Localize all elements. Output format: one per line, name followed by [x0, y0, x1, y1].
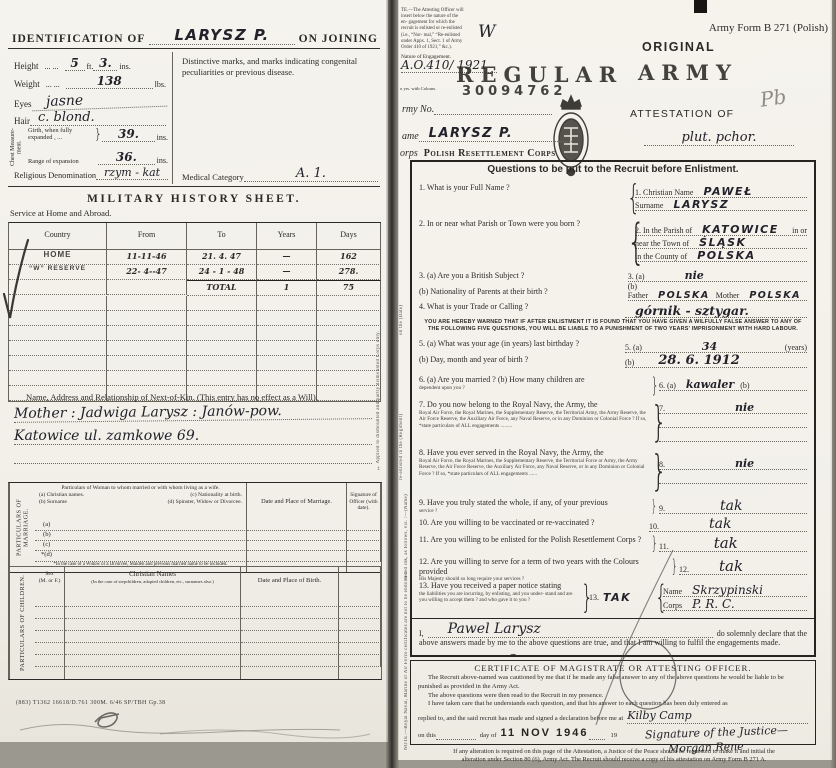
- dots: ... ...: [46, 80, 60, 89]
- children-col-sex: Sex: [45, 571, 53, 577]
- col-years: Years: [257, 223, 317, 250]
- religion-row: Religious Denomination rzym - kat: [14, 166, 168, 180]
- religion-label: Religious Denomination: [14, 171, 96, 180]
- marriage-head-a: (a) Christian names.: [39, 492, 84, 499]
- cell-empty: [35, 655, 65, 667]
- identification-title-suffix: ON JOINING: [299, 33, 378, 45]
- cell-empty: [187, 296, 257, 311]
- girth-row: Girth, when fully expanded , ... 39. ins…: [28, 126, 168, 142]
- declaration-text1: do solemnly declare that the: [717, 629, 807, 638]
- attesting-officer-note: TE.—The Attesting Officer will insert be…: [401, 8, 465, 51]
- lbs-unit: lbs.: [155, 80, 166, 89]
- particulars-of-children-table: PARTICULARS OF CHILDREN. Sex (M. or F.) …: [8, 566, 382, 680]
- cell-empty: [257, 371, 317, 386]
- q3b-text: (b) Nationality of Parents at their birt…: [419, 287, 618, 297]
- margin-note-date: on the (Date): [399, 215, 404, 335]
- marriage-row-d: *(d): [35, 551, 247, 562]
- cell-empty: [317, 341, 381, 356]
- q13-corps-value: P. R. C.: [692, 597, 735, 611]
- marriage-row-b: (b): [35, 531, 247, 541]
- q5a-label: 5. (a): [625, 343, 642, 352]
- ft-unit: ft.: [87, 62, 94, 71]
- question-4: 4. What is your Trade or Calling ? górni…: [419, 302, 807, 319]
- name-value-handwritten: LARYSZ P.: [419, 126, 572, 142]
- cell-empty: [35, 607, 65, 619]
- divider: [172, 52, 173, 184]
- weight-row: Weight ... ... 138 lbs.: [14, 74, 166, 89]
- q8-text: 8. Have you ever served in the Royal Nav…: [419, 448, 649, 458]
- year-prefix: 19: [611, 732, 618, 741]
- cell-empty: [35, 619, 65, 631]
- cell-empty: [347, 551, 381, 562]
- questions-title: Questions to be put to the Recruit befor…: [419, 164, 807, 180]
- ins-unit: ins.: [119, 62, 130, 71]
- col-from: From: [107, 223, 187, 250]
- q10-text: 10. Are you willing to be vaccinated or …: [419, 516, 649, 532]
- q8-text-small: Royal Air Force, the Royal Marines, the …: [419, 458, 649, 478]
- next-of-kin-line1: Mother : Jadwiga Larysz : Janów-pow.: [14, 402, 372, 423]
- cell-empty: [247, 541, 347, 551]
- eyes-row: Eyes jasne: [14, 92, 166, 109]
- cell-empty: [257, 311, 317, 326]
- marriage-head: Particulars of Woman to whom married or …: [61, 485, 219, 491]
- q8-value: nie: [735, 457, 754, 470]
- q2-town-value: ŚLĄSK: [699, 236, 746, 249]
- q10-label: 10.: [649, 522, 659, 531]
- medical-category-row: Medical Category A. 1.: [182, 166, 378, 182]
- question-5: 5. (a) What was your age (in years) last…: [419, 336, 807, 372]
- marriage-head-d: (d) Spinster, Widow or Divorcee.: [168, 499, 242, 506]
- q5b-label: (b): [625, 358, 634, 367]
- cell-empty: [247, 551, 347, 562]
- expansion-label: Range of expansion: [28, 158, 98, 165]
- q3b-father-label: (b) Father: [628, 282, 648, 300]
- cell-empty: [339, 595, 381, 607]
- cell-empty: [107, 341, 187, 356]
- book-spine-shadow: [386, 0, 399, 768]
- q9-label: 9.: [659, 504, 665, 513]
- cell-to: 21. 4. 47: [187, 250, 257, 265]
- height-label: Height: [14, 61, 39, 71]
- medical-category-value: A. 1.: [244, 166, 378, 182]
- q9-value: tak: [720, 498, 742, 514]
- question-3: 3. (a) Are you a British Subject ? (b) N…: [419, 268, 807, 302]
- service-subtitle: Service at Home and Abroad.: [10, 208, 111, 218]
- on-this-label: on this: [418, 732, 436, 741]
- cell-to: 24 - 1 - 48: [187, 265, 257, 280]
- cell-empty: [9, 341, 107, 356]
- cell-empty: [339, 655, 381, 667]
- brace: [94, 126, 102, 142]
- cell-empty: [35, 643, 65, 655]
- q7-text: 7. Do you now belong to the Royal Navy, …: [419, 400, 649, 410]
- cell-days: 278.: [317, 265, 381, 280]
- cell-empty: [187, 311, 257, 326]
- q2-text: 2. In or near what Parish or Town were y…: [419, 216, 625, 268]
- cell-empty: [257, 341, 317, 356]
- children-col-birth: Date and Place of Birth.: [241, 567, 339, 595]
- q4-value: górnik - sztygar.: [635, 303, 749, 318]
- height-row: Height ... ... 5 ft. 3. ins.: [14, 56, 166, 71]
- recruit-signature-handwritten: Larysz—: [509, 648, 584, 657]
- right-page: TE.—The Attesting Officer will insert be…: [398, 0, 832, 760]
- cell-empty: [241, 607, 339, 619]
- children-side-label: PARTICULARS OF CHILDREN.: [9, 567, 35, 679]
- q6-label: 6. (a): [659, 381, 676, 390]
- q11-value: tak: [714, 534, 738, 552]
- q5b-text: (b) Day, month and year of birth ?: [419, 355, 625, 365]
- cell-empty: [257, 356, 317, 371]
- height-feet-value: 5: [65, 56, 85, 71]
- warning-text: YOU ARE HEREBY WARNED THAT IF AFTER ENLI…: [419, 319, 807, 336]
- cell-empty: [107, 371, 187, 386]
- name-label: ame: [402, 131, 419, 142]
- attestation-of-label: ATTESTATION OF: [630, 108, 734, 120]
- cell-empty: [247, 521, 347, 531]
- rule: [8, 186, 380, 187]
- brace: }: [651, 397, 657, 446]
- cell-empty: [107, 356, 187, 371]
- cell-empty: [257, 296, 317, 311]
- cell-empty: [317, 371, 381, 386]
- blank-line: [14, 462, 372, 464]
- weight-value: 138: [66, 74, 153, 89]
- army-stamp: ARMY: [638, 60, 738, 85]
- alteration-note-line2: alteration under Section 80 (6), Army Ac…: [462, 756, 767, 763]
- declaration-i: I,: [419, 629, 424, 638]
- cell-empty: [107, 326, 187, 341]
- girth-value: 39.: [102, 127, 154, 142]
- distinctive-marks-label: Distinctive marks, and marks indicating …: [182, 56, 378, 77]
- q5b-value: 28. 6. 1912: [658, 353, 739, 368]
- hair-value: c. blond.: [30, 110, 166, 126]
- cell-total-days: 75: [317, 280, 381, 296]
- colours-note: o yrs. with Colours.: [400, 86, 436, 91]
- brace: }: [651, 373, 657, 397]
- q13-name-value: Skrzypinski: [692, 583, 763, 597]
- rule: [8, 48, 380, 49]
- q2-county-value: POLSKA: [697, 249, 755, 262]
- cell-empty: [35, 595, 65, 607]
- eyes-label: Eyes: [14, 99, 32, 109]
- weight-label: Weight: [14, 79, 40, 89]
- cell-empty: [339, 631, 381, 643]
- cell-total-label: TOTAL: [187, 280, 257, 296]
- marriage-side-label: PARTICULARS OF MARRIAGE.: [9, 483, 35, 572]
- question-8: 8. Have you ever served in the Royal Nav…: [419, 445, 807, 495]
- cell-empty: [339, 619, 381, 631]
- cell-empty: [317, 326, 381, 341]
- q1-text: 1. What is your Full Name ?: [419, 180, 625, 216]
- q9-text: 9. Have you truly stated the whole, if a…: [419, 498, 649, 508]
- cell-from: 11-11-46: [107, 250, 187, 265]
- cell-empty: [347, 531, 381, 541]
- cell-empty: [347, 521, 381, 531]
- brace: }: [651, 496, 657, 515]
- q4-text: 4. What is your Trade or Calling ?: [419, 302, 625, 319]
- cell-empty: [107, 280, 187, 295]
- q7-text-small: Royal Air Force, the Royal Marines, the …: [419, 410, 649, 430]
- cell-empty: [9, 356, 107, 371]
- pen-flourish: [578, 540, 698, 730]
- cell-empty: [241, 631, 339, 643]
- q7-value: nie: [735, 401, 754, 414]
- army-no-label: rmy No.: [402, 104, 434, 115]
- cell-empty: [317, 311, 381, 326]
- cell-empty: [247, 531, 347, 541]
- cell-empty: [241, 643, 339, 655]
- alteration-note-line1: If any alteration is required on this pa…: [453, 748, 775, 755]
- chest-measurement-label: Chest Measure- ment.: [10, 124, 23, 170]
- q13-text-small: the liabilities you are incurring, by en…: [419, 591, 579, 604]
- cell-empty: [187, 371, 257, 386]
- corps-row: orps Polish Resettlement Corps: [400, 148, 600, 159]
- cell-empty: [9, 371, 107, 386]
- cell-empty: [241, 667, 339, 679]
- q5a-unit: (years): [785, 343, 807, 352]
- corps-label: orps: [400, 148, 418, 159]
- hair-row: Hair c. blond.: [14, 110, 166, 126]
- q9-text-small: service ?: [419, 508, 649, 515]
- cell-empty: [65, 619, 241, 631]
- q3b-mother-label: Mother: [716, 291, 740, 300]
- cell-total-years: 1: [257, 280, 317, 296]
- cell-empty: [187, 341, 257, 356]
- q6-b-label: (b): [740, 381, 749, 390]
- q5a-value: 34: [702, 340, 717, 353]
- q1-christian-label: 1. Christian Name: [635, 188, 693, 197]
- marriage-row-c: (c): [35, 541, 247, 551]
- children-col-names-sub: (In the case of stepchildren, adopted ch…: [91, 579, 213, 584]
- cell-empty: [107, 296, 187, 311]
- question-10: 10. Are you willing to be vaccinated or …: [419, 516, 807, 532]
- q6-text-small: dependent upon you ?: [419, 385, 649, 392]
- marriage-row-a: (a): [35, 521, 247, 531]
- cell-empty: [65, 595, 241, 607]
- cell-empty: [241, 595, 339, 607]
- cell-empty: [65, 667, 241, 679]
- girth-unit: ins.: [157, 133, 168, 142]
- day-of-label: day of: [480, 732, 497, 741]
- cell-empty: [107, 311, 187, 326]
- question-2: 2. In or near what Parish or Town were y…: [419, 216, 807, 268]
- cell-years: —: [257, 250, 317, 265]
- q1-christian-value: PAWEŁ: [703, 185, 752, 198]
- scanned-attestation-form: IDENTIFICATION OF LARYSZ P. ON JOINING H…: [0, 0, 836, 768]
- military-history-title: MILITARY HISTORY SHEET.: [0, 193, 388, 205]
- q3a-label: 3. (a): [628, 272, 645, 281]
- identification-title-prefix: IDENTIFICATION OF: [12, 33, 145, 45]
- cell-empty: [65, 631, 241, 643]
- children-col-sex-sub: (M. or F.): [39, 578, 61, 584]
- cell-days: 162: [317, 250, 381, 265]
- name-row: ame LARYSZ P.: [402, 126, 572, 142]
- identification-name-handwritten: LARYSZ P.: [149, 26, 294, 45]
- handwritten-w: W: [478, 22, 495, 42]
- q10-value: tak: [709, 516, 731, 532]
- cell-empty: [317, 296, 381, 311]
- question-1: 1. What is your Full Name ? { 1. Christi…: [419, 180, 807, 216]
- cell-empty: [339, 607, 381, 619]
- q12-value: tak: [719, 557, 743, 575]
- cell-empty: [317, 356, 381, 371]
- margin-note-dismounted: ‡ Applied to dismounted and partly dismo…: [376, 150, 381, 470]
- cell-empty: [187, 356, 257, 371]
- cell-empty: [241, 655, 339, 667]
- marriage-head-c: (c) Nationality at birth.: [190, 492, 242, 499]
- expansion-unit: ins.: [157, 156, 168, 165]
- brace: }: [651, 446, 657, 495]
- cell-empty: [187, 326, 257, 341]
- q1-surname-value: LARYSZ: [673, 198, 729, 211]
- cell-empty: [35, 631, 65, 643]
- form-number: Army Form B 271 (Polish): [628, 22, 828, 34]
- next-of-kin-line2: Katowice ul. zamkowe 69.: [14, 428, 372, 445]
- q3b-mother-value: POLSKA: [749, 290, 801, 301]
- particulars-of-marriage-table: PARTICULARS OF MARRIAGE. Particulars of …: [8, 482, 382, 573]
- checkmark-handwritten: [0, 236, 34, 328]
- cell-empty: [9, 326, 107, 341]
- q3a-text: 3. (a) Are you a British Subject ?: [419, 271, 618, 281]
- expansion-row: Range of expansion 36. ins.: [28, 150, 168, 165]
- margin-note-red-ink: in red ink, as follows, viz. :—(Name): [404, 400, 409, 580]
- cell-empty: [339, 667, 381, 679]
- pencil-initials: Pb: [758, 84, 787, 111]
- corps-value: Polish Resettlement Corps: [418, 148, 556, 159]
- height-inches-value: 3.: [93, 56, 117, 71]
- religion-value: rzym - kat: [96, 166, 168, 180]
- date-stamp: 11 NOV 1946: [500, 726, 588, 740]
- rank-handwritten: plut. pchor.: [644, 130, 794, 146]
- question-7: 7. Do you now belong to the Royal Navy, …: [419, 397, 807, 445]
- cell-empty: [241, 619, 339, 631]
- scan-artifact: [694, 0, 707, 13]
- q5a-text: 5. (a) What was your age (in years) last…: [419, 339, 625, 349]
- col-days: Days: [317, 223, 381, 250]
- q13-text: 13. Have you received a paper notice sta…: [419, 581, 579, 591]
- expansion-value: 36.: [98, 150, 155, 165]
- marriage-col-signature: Signature of Officer (with date).: [347, 483, 381, 521]
- army-no-row: rmy No.: [402, 102, 552, 115]
- cell-empty: [65, 655, 241, 667]
- identification-header: IDENTIFICATION OF LARYSZ P. ON JOINING: [12, 26, 378, 45]
- q6-text: 6. (a) Are you married ? (b) How many ch…: [419, 375, 649, 385]
- dots: ... ...: [45, 62, 59, 71]
- cell-empty: [347, 541, 381, 551]
- cell-empty: [35, 667, 65, 679]
- cell-empty: [339, 567, 381, 595]
- q3a-value: nie: [685, 269, 704, 282]
- page-edge-shadow: [830, 0, 836, 768]
- cell-empty: [257, 326, 317, 341]
- margin-note-certificates: NOTE.—Royal Naval, Marine or Air Force c…: [404, 590, 409, 750]
- cell-empty: [65, 643, 241, 655]
- cell-empty: [65, 607, 241, 619]
- next-of-kin-label: Name, Address and Relationship of Next-o…: [26, 392, 370, 402]
- left-page: IDENTIFICATION OF LARYSZ P. ON JOINING H…: [0, 0, 388, 742]
- q3b-father-value: POLSKA: [658, 290, 710, 301]
- pencil-scribbles: [0, 700, 388, 742]
- q2-parish-value: KATOWICE: [702, 223, 779, 236]
- cell-empty: [339, 643, 381, 655]
- question-9: 9. Have you truly stated the whole, if a…: [419, 495, 807, 516]
- army-no-line: [434, 102, 552, 115]
- q2-suffix: in or: [792, 226, 807, 235]
- cell-from: 22- 4--47: [107, 265, 187, 280]
- brace: {: [627, 214, 633, 270]
- eyes-value: jasne: [31, 90, 166, 112]
- cell-years: —: [257, 265, 317, 280]
- brace: {: [627, 178, 633, 218]
- children-col-names: Christian Names: [129, 570, 176, 578]
- original-label: ORIGINAL: [642, 40, 715, 54]
- military-history-table: Country From To Years Days HOME 11-11-46…: [8, 222, 381, 402]
- marriage-col-date: Date and Place of Marriage.: [247, 483, 347, 521]
- marriage-head-b: (b) Surname: [39, 499, 67, 506]
- girth-label: Girth, when fully expanded , ...: [28, 127, 94, 142]
- q6-value: kawaler: [686, 378, 734, 391]
- medical-category-label: Medical Category: [182, 172, 244, 182]
- col-to: To: [187, 223, 257, 250]
- question-6: 6. (a) Are you married ? (b) How many ch…: [419, 372, 807, 397]
